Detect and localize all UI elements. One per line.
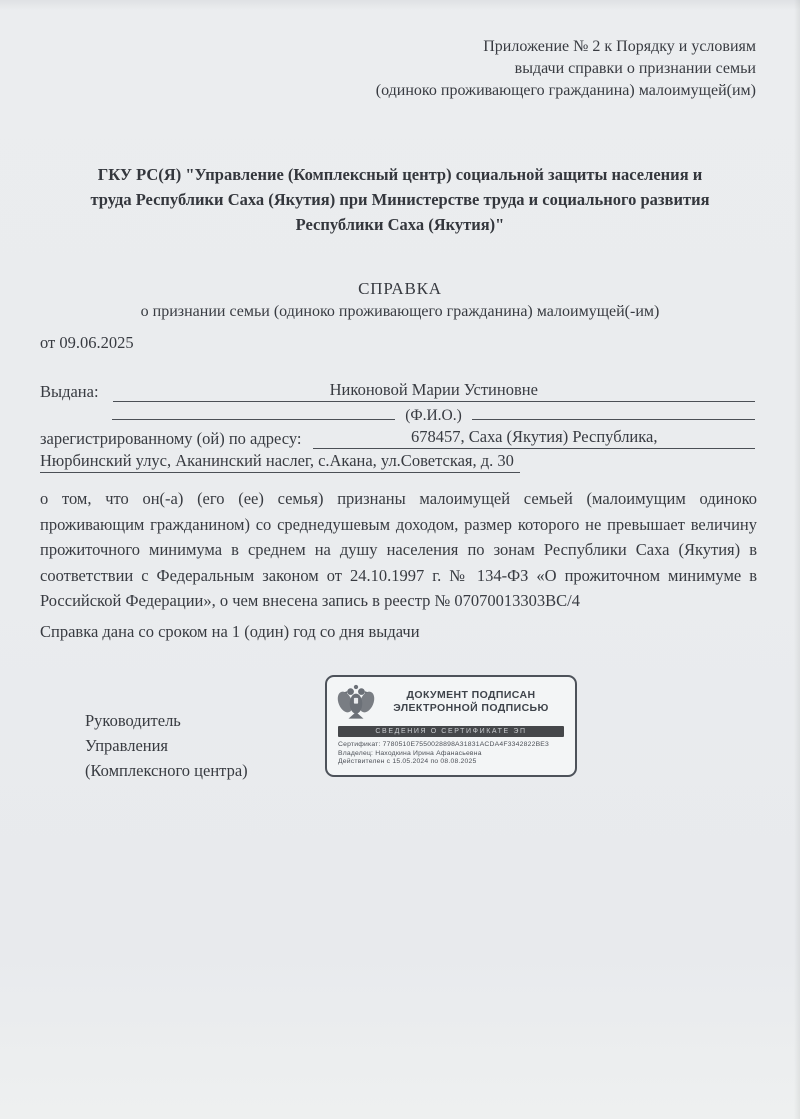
signature-line: Управления — [85, 733, 248, 758]
issued-row: Выдана: Никоновой Марии Устиновне — [40, 380, 755, 402]
ruling-line — [472, 407, 755, 420]
appendix-line: выдачи справки о признании семьи — [290, 58, 756, 80]
organization-line: труда Республики Саха (Якутия) при Минис… — [40, 187, 760, 212]
issue-date: от 09.06.2025 — [40, 333, 800, 353]
certificate-number-line: Сертификат: 7780510E7550028898A31831ACDA… — [336, 741, 566, 750]
certificate-info-bar: СВЕДЕНИЯ О СЕРТИФИКАТЕ ЭП — [338, 726, 564, 738]
double-headed-eagle-icon — [336, 683, 376, 721]
stamp-title-line2: ЭЛЕКТРОННОЙ ПОДПИСЬЮ — [376, 702, 566, 715]
fio-caption: (Ф.И.О.) — [395, 407, 472, 425]
address-row: зарегистрированному (ой) по адресу: 6784… — [40, 427, 755, 449]
appendix-note: Приложение № 2 к Порядку и условиям выда… — [290, 0, 756, 102]
stamp-title: ДОКУМЕНТ ПОДПИСАН ЭЛЕКТРОННОЙ ПОДПИСЬЮ — [376, 689, 566, 714]
signature-and-stamp-row: Руководитель Управления (Комплексного це… — [0, 675, 800, 790]
scanned-certificate-page: Приложение № 2 к Порядку и условиям выда… — [0, 0, 800, 1119]
appendix-line: Приложение № 2 к Порядку и условиям — [290, 36, 756, 58]
document-title: СПРАВКА — [0, 279, 800, 299]
body-paragraph: о том, что он(-а) (его (ее) семья) призн… — [40, 486, 757, 614]
signature-line: (Комплексного центра) — [85, 758, 248, 783]
fio-caption-row: (Ф.И.О.) — [40, 403, 755, 424]
organization-name: ГКУ РС(Я) "Управление (Комплексный центр… — [40, 162, 760, 237]
validity-line: Справка дана со сроком на 1 (один) год с… — [40, 622, 800, 642]
issued-name: Никоновой Марии Устиновне — [113, 380, 755, 402]
signature-block: Руководитель Управления (Комплексного це… — [85, 708, 248, 783]
appendix-line: (одиноко проживающего гражданина) малоим… — [290, 80, 756, 102]
address-value-line1: 678457, Саха (Якутия) Республика, — [313, 427, 755, 449]
ruling-line — [112, 407, 395, 420]
stamp-header: ДОКУМЕНТ ПОДПИСАН ЭЛЕКТРОННОЙ ПОДПИСЬЮ — [336, 683, 566, 721]
signature-line: Руководитель — [85, 708, 248, 733]
electronic-signature-stamp: ДОКУМЕНТ ПОДПИСАН ЭЛЕКТРОННОЙ ПОДПИСЬЮ С… — [325, 675, 577, 777]
stamp-title-line1: ДОКУМЕНТ ПОДПИСАН — [376, 689, 566, 702]
address-line2-wrap: Нюрбинский улус, Аканинский наслег, с.Ак… — [0, 449, 800, 473]
organization-line: ГКУ РС(Я) "Управление (Комплексный центр… — [40, 162, 760, 187]
certificate-validity-line: Действителен с 15.05.2024 по 08.08.2025 — [336, 758, 566, 767]
address-label: зарегистрированному (ой) по адресу: — [40, 429, 313, 449]
organization-line: Республики Саха (Якутия)" — [40, 212, 760, 237]
document-subtitle: о признании семьи (одиноко проживающего … — [0, 303, 800, 321]
certificate-owner-line: Владелец: Находкина Ирина Афанасьевна — [336, 750, 566, 759]
address-value-line2: Нюрбинский улус, Аканинский наслег, с.Ак… — [40, 451, 520, 473]
issued-label: Выдана: — [40, 382, 113, 402]
